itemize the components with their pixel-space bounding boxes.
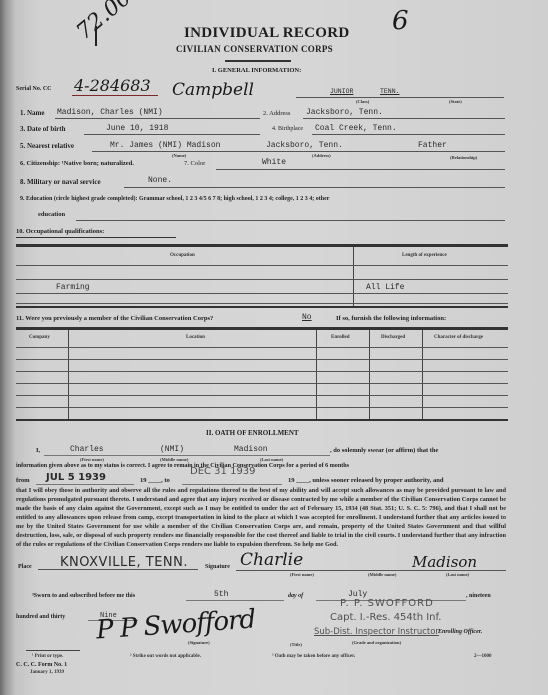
experience-row-2: All Life [366, 283, 404, 292]
education-label: 9. Education (circle highest grade compl… [20, 196, 329, 202]
sworn-day-underline [186, 600, 284, 601]
footnote-rule [26, 650, 80, 651]
birthplace-underline [312, 134, 505, 135]
officer-role: Enrolling Officer. [438, 629, 482, 635]
dob-value: June 10, 1918 [106, 124, 168, 133]
military-label: 8. Military or naval service [20, 178, 101, 186]
oath-prefix: I, [36, 447, 40, 454]
officer-signature: P P Swofford [95, 604, 256, 645]
title-divider [225, 60, 291, 62]
location-header: Location [186, 335, 205, 340]
service-row-line-3 [16, 371, 508, 372]
birthplace-label: 4. Birthplace [272, 126, 303, 132]
relative-address: Jacksboro, Tenn. [266, 141, 343, 150]
military-value: None. [148, 176, 172, 185]
form-number: C. C. C. Form No. 1 [16, 662, 67, 668]
section-general-info-heading: I. GENERAL INFORMATION: [212, 67, 301, 74]
occupational-row-line-3 [16, 293, 508, 294]
occupation-row-2: Farming [56, 283, 90, 292]
print-code: 2—1000 [474, 654, 492, 659]
oath-body-text: that I will obey those in authority and … [16, 486, 506, 549]
oath-from-date-stamp: JUL 5 1939 [46, 472, 106, 483]
character-header: Character of discharge [434, 335, 483, 340]
oath-from-underline [36, 484, 134, 485]
previous-service-question: 11. Were you previously a member of the … [16, 315, 213, 322]
serial-number: 4-284683 [74, 76, 151, 95]
discharged-header: Discharged [381, 335, 405, 340]
officer-stamp-name: P. P. SWOFFORD [340, 598, 434, 609]
class-caption: (Class) [356, 99, 369, 104]
oath-nineteen-2: 19 ____, unless sooner released by prope… [288, 477, 444, 484]
name-value: Madison, Charles (NMI) [57, 108, 163, 117]
dob-label: 3. Date of birth [20, 125, 66, 133]
oath-nineteen-1: 19 ____, to [140, 477, 170, 484]
footnote-2: ² Strike out words not applicable. [130, 654, 201, 659]
place-stamp: KNOXVILLE, TENN. [60, 555, 188, 570]
relative-relationship: Father [418, 141, 447, 150]
color-label: 7. Color [184, 160, 205, 167]
oath-last-caption: (Last name) [260, 457, 283, 462]
handwritten-page-number: 6 [392, 6, 409, 36]
dob-underline [84, 134, 260, 135]
occupation-header: Occupation [170, 253, 195, 258]
officer-grade-caption: (Grade and organization) [352, 640, 401, 645]
service-row-line-5 [16, 395, 508, 396]
color-value: White [262, 158, 286, 167]
address-value: Jacksboro, Tenn. [306, 108, 383, 117]
relative-underline [92, 151, 505, 152]
oath-middle-caption: (Middle name) [160, 457, 188, 462]
oath-middle-name: (NMI) [160, 445, 184, 454]
camp-name-handwritten: Campbell [172, 80, 254, 100]
relative-name: Mr. James (NMI) Madison [110, 141, 220, 150]
state-value: TENN. [380, 88, 400, 95]
place-underline [38, 569, 198, 570]
oath-line-2: information given above as to my status … [16, 463, 349, 469]
officer-stamp-rank: Capt. I.-Res. 454th Inf. [330, 612, 441, 623]
oath-first-name: Charles [70, 445, 104, 454]
service-row-line-1 [16, 347, 508, 348]
oath-to-date-stamp: DEC 31 1939 [190, 466, 256, 477]
previous-service-answer: No [302, 313, 312, 322]
citizenship-label: 6. Citizenship: ¹Native born; naturalize… [20, 160, 134, 167]
oath-to-underline [182, 484, 282, 485]
state-caption: (State) [449, 99, 462, 104]
oath-swear-text: , do solemnly swear (or affirm) that the [330, 447, 438, 454]
sworn-text-2: hundred and thirty [16, 614, 65, 620]
enrollee-signature-first: Charlie [240, 550, 303, 570]
service-table-bottom [16, 419, 508, 421]
name-label: 1. Name [20, 109, 45, 117]
serial-label: Serial No. CC [16, 86, 52, 92]
sworn-nineteen: , nineteen [466, 593, 491, 599]
enrollee-signature-last: Madison [412, 553, 477, 571]
officer-signature-caption: (Signature) [188, 640, 210, 645]
color-underline [216, 169, 505, 170]
handwritten-amount: 72.00 [72, 0, 136, 45]
footnote-3: ³ Oath may be taken before any officer. [272, 654, 355, 659]
occupational-table-bottom [16, 306, 508, 308]
sig-first-caption: (First name) [290, 572, 314, 577]
relative-relationship-caption: (Relationship) [450, 155, 477, 160]
occupational-row-line-1 [16, 265, 508, 266]
serial-underline [72, 95, 158, 96]
oath-heading: II. OATH OF ENROLLMENT [206, 429, 299, 437]
occupational-row-line-4 [16, 303, 508, 304]
place-label: Place [18, 564, 32, 570]
sig-middle-caption: (Middle name) [368, 572, 396, 577]
sworn-day-of: day of [288, 593, 303, 599]
enrolled-header: Enrolled [331, 335, 350, 340]
service-row-line-6 [16, 407, 508, 408]
relative-name-caption: (Name) [172, 153, 186, 158]
class-value: JUNIOR [330, 88, 353, 95]
handwritten-tick-mark [95, 26, 97, 46]
oath-from-label: from [16, 477, 30, 484]
footnote-1: ¹ Print or type. [32, 654, 63, 659]
address-underline [303, 118, 505, 119]
education-other-underline [76, 220, 505, 221]
experience-header: Length of experience [402, 253, 447, 258]
service-row-line-2 [16, 359, 508, 360]
relative-label: 5. Nearest relative [20, 142, 74, 150]
occupational-col-divider [353, 247, 354, 307]
previous-service-followup: If so, furnish the following information… [336, 315, 446, 322]
document-title: INDIVIDUAL RECORD [184, 25, 350, 42]
class-state-underline [296, 97, 504, 98]
officer-title-caption: (Title) [290, 642, 302, 647]
sworn-text: ³Sworn to and subscribed before me this [32, 593, 135, 599]
sig-last-caption: (Last name) [446, 572, 469, 577]
signature-label: Signature [205, 564, 230, 570]
ccc-individual-record: 72.00 6 INDIVIDUAL RECORD CIVILIAN CONSE… [0, 0, 548, 695]
document-subtitle: CIVILIAN CONSERVATION CORPS [176, 44, 333, 54]
occupational-label: 10. Occupational qualifications: [16, 228, 104, 235]
occupational-table-top [16, 244, 508, 247]
sworn-day: 5th [214, 590, 228, 599]
birthplace-value: Coal Creek, Tenn. [315, 124, 397, 133]
form-date: January 1, 1939 [30, 670, 64, 675]
occupational-row-line-2 [16, 279, 508, 280]
signature-underline [236, 570, 506, 571]
education-other-label: education [38, 211, 65, 218]
occupational-label-underline [16, 237, 176, 238]
oath-last-name: Madison [234, 445, 268, 454]
relative-address-caption: (Address) [312, 153, 331, 158]
name-underline [55, 118, 260, 119]
oath-first-caption: (First name) [80, 457, 104, 462]
service-row-line-4 [16, 383, 508, 384]
military-underline [124, 187, 505, 188]
oath-name-underline [44, 455, 330, 456]
address-label: 2. Address [263, 110, 290, 117]
company-header: Company [29, 335, 50, 340]
officer-stamp-title: Sub-Dist. Inspector Instructor [314, 627, 439, 637]
service-table-top [16, 327, 508, 330]
